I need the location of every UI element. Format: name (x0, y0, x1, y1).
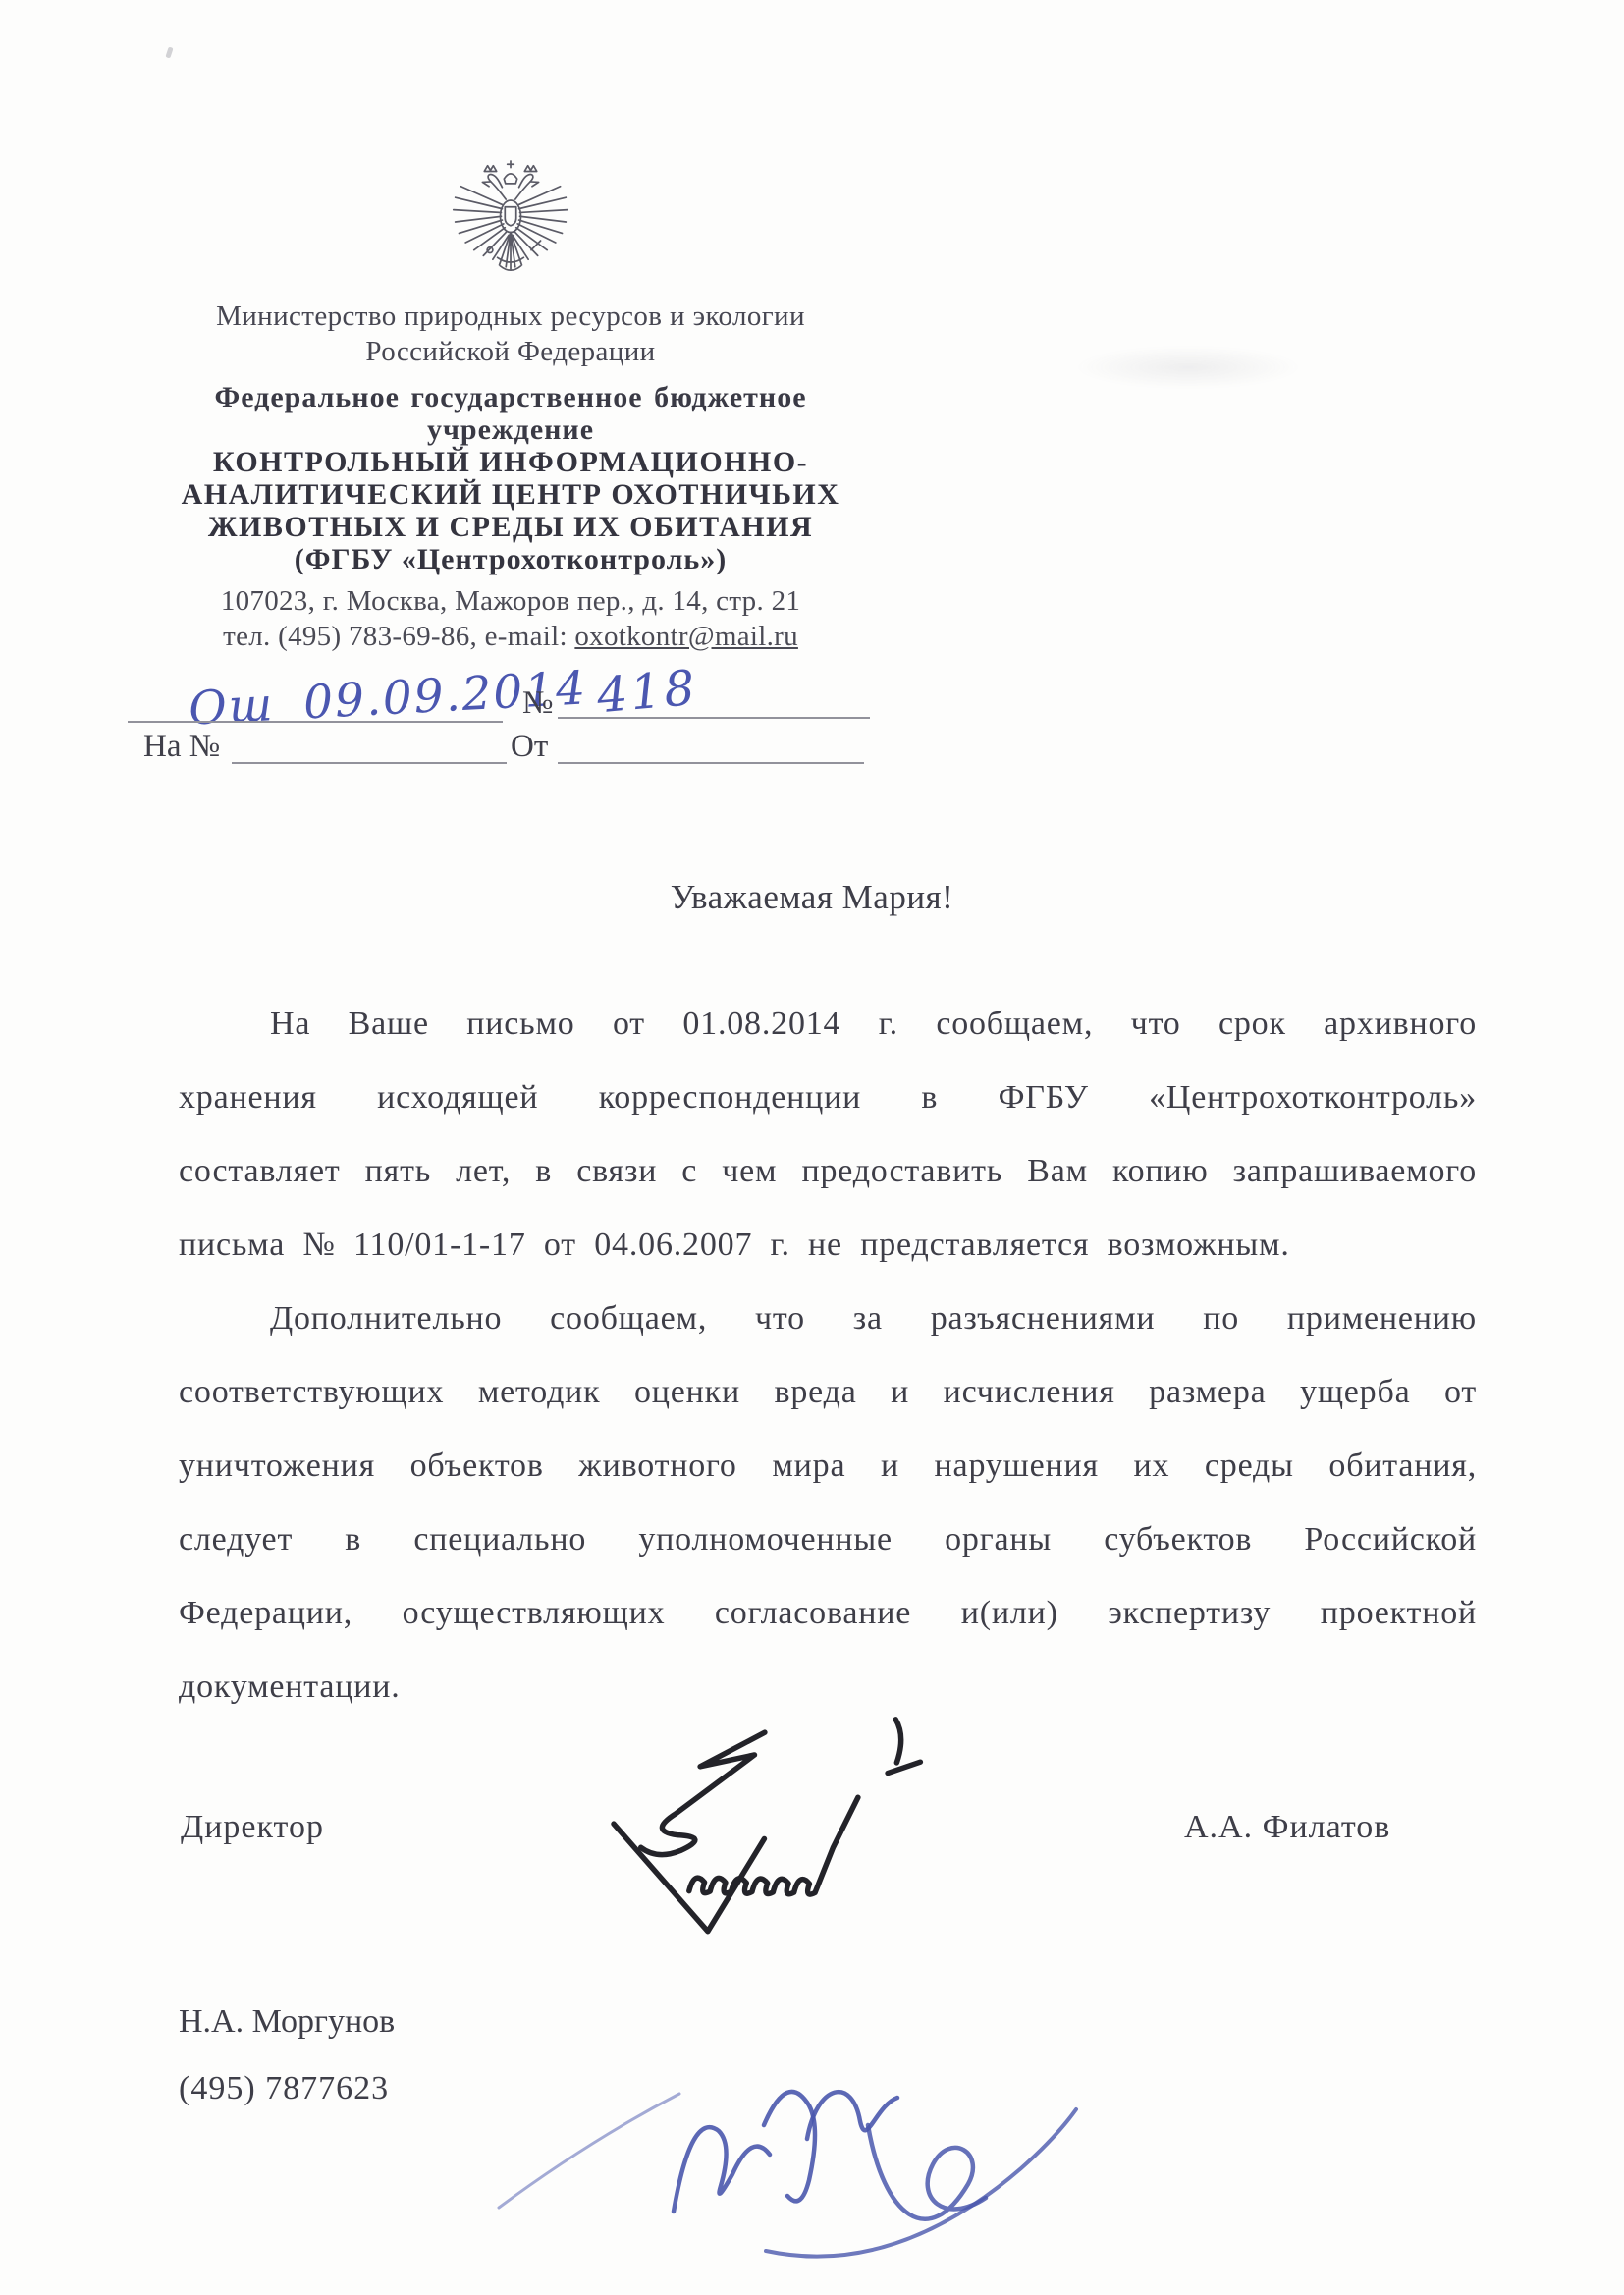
letter-body: На Ваше письмо от 01.08.2014 г. сообщаем… (179, 987, 1477, 1723)
director-signature (579, 1717, 962, 1947)
handwritten-mark: Ош (188, 678, 276, 736)
handwritten-letter-number: 418 (595, 660, 700, 725)
date-underline (128, 721, 503, 723)
org-name-line-1: КОНТРОЛЬНЫЙ ИНФОРМАЦИОННО- (137, 446, 884, 478)
reply-number-underline (232, 762, 507, 764)
scanned-letter-page: Министерство природных ресурсов и эколог… (0, 0, 1624, 2295)
ministry-line-1: Министерство природных ресурсов и эколог… (137, 299, 884, 334)
reply-date-underline (558, 762, 864, 764)
email-address: oxotkontr@mail.ru (574, 621, 798, 652)
org-address: 107023, г. Москва, Мажоров пер., д. 14, … (137, 583, 884, 619)
ministry-name: Министерство природных ресурсов и эколог… (137, 299, 884, 369)
scan-speck (165, 46, 173, 58)
number-underline (558, 717, 870, 719)
org-contacts: 107023, г. Москва, Мажоров пер., д. 14, … (137, 583, 884, 654)
signer-position-title: Директор (181, 1809, 324, 1846)
number-sign-label: № (522, 685, 554, 722)
executor-phone: (495) 7877623 (179, 2070, 389, 2107)
body-line: Федерации, осуществляющих согласование и… (179, 1576, 1477, 1650)
org-name-line-3: ЖИВОТНЫХ И СРЕДЫ ИХ ОБИТАНИЯ (137, 511, 884, 543)
ministry-line-2: Российской Федерации (137, 334, 884, 369)
executor-name: Н.А. Моргунов (179, 2003, 395, 2041)
signer-name: А.А. Филатов (1184, 1809, 1390, 1846)
body-line: составляет пять лет, в связи с чем предо… (179, 1134, 1477, 1208)
org-type: Федеральное государственное бюджетное уч… (137, 381, 884, 446)
org-full-name: КОНТРОЛЬНЫЙ ИНФОРМАЦИОННО- АНАЛИТИЧЕСКИЙ… (137, 446, 884, 543)
body-line: уничтожения объектов животного мира и на… (179, 1429, 1477, 1503)
org-name-line-2: АНАЛИТИЧЕСКИЙ ЦЕНТР ОХОТНИЧЬИХ (137, 478, 884, 511)
coat-of-arms-eagle-icon (449, 155, 572, 289)
phone-email-prefix: тел. (495) 783-69-86, e-mail: (223, 621, 574, 652)
org-type-line-1: Федеральное государственное бюджетное (137, 381, 884, 413)
body-line: следует в специально уполномоченные орга… (179, 1503, 1477, 1576)
org-phone-email: тел. (495) 783-69-86, e-mail: oxotkontr@… (137, 619, 884, 654)
reference-block: Ош09.09.2014 № 418 На № От (137, 674, 903, 801)
org-type-line-2: учреждение (137, 413, 884, 446)
body-line: Дополнительно сообщаем, что за разъяснен… (179, 1282, 1477, 1355)
org-short-name: (ФГБУ «Центрохотконтроль») (137, 543, 884, 575)
bleed-through-artifact (1075, 346, 1301, 389)
body-line: На Ваше письмо от 01.08.2014 г. сообщаем… (179, 987, 1477, 1061)
body-line: хранения исходящей корреспонденции в ФГБ… (179, 1061, 1477, 1134)
body-line: соответствующих методик оценки вреда и и… (179, 1355, 1477, 1429)
reply-from-label: От (511, 729, 548, 765)
body-line: документации. (179, 1650, 1477, 1723)
reply-to-number-label: На № (143, 729, 220, 765)
body-line: письма № 110/01-1-17 от 04.06.2007 г. не… (179, 1208, 1477, 1282)
salutation: Уважаемая Мария! (0, 878, 1624, 917)
letterhead: Министерство природных ресурсов и эколог… (137, 155, 884, 654)
executor-signature (471, 2015, 1119, 2290)
